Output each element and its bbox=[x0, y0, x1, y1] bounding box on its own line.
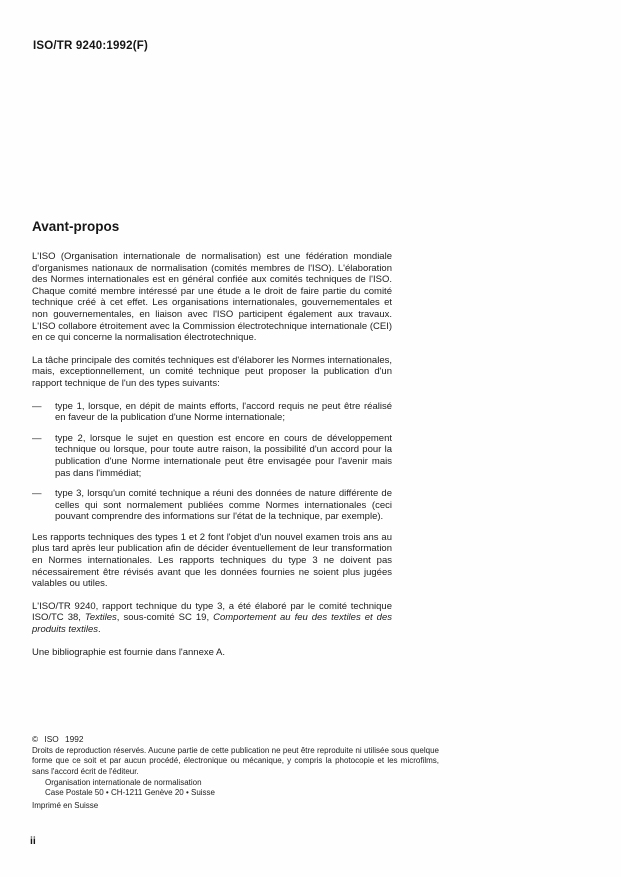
attribution-text-middle: , sous-comité SC 19, bbox=[117, 612, 213, 623]
paragraph-technical-committees: La tâche principale des comités techniqu… bbox=[32, 355, 392, 390]
dash-marker: — bbox=[32, 433, 42, 445]
document-reference: ISO/TR 9240:1992(F) bbox=[33, 40, 148, 52]
document-page: ISO/TR 9240:1992(F) Avant-propos L'ISO (… bbox=[0, 0, 621, 877]
dash-marker: — bbox=[32, 401, 42, 413]
attribution-text-end: . bbox=[98, 624, 101, 635]
paragraph-iso-introduction: L'ISO (Organisation internationale de no… bbox=[32, 251, 392, 344]
list-item-text: type 1, lorsque, en dépit de maints effo… bbox=[55, 401, 392, 424]
list-item-text: type 3, lorsqu'un comité technique a réu… bbox=[55, 488, 392, 522]
list-item-text: type 2, lorsque le sujet en question est… bbox=[55, 433, 392, 479]
paragraph-review-policy: Les rapports techniques des types 1 et 2… bbox=[32, 532, 392, 590]
publisher-address: Organisation internationale de normalisa… bbox=[45, 778, 439, 798]
publisher-name: Organisation internationale de normalisa… bbox=[45, 778, 439, 788]
list-item-type-3: — type 3, lorsqu'un comité technique a r… bbox=[32, 488, 392, 523]
list-item-type-1: — type 1, lorsque, en dépit de maints ef… bbox=[32, 401, 392, 424]
foreword-section: Avant-propos L'ISO (Organisation interna… bbox=[32, 219, 392, 669]
dash-marker: — bbox=[32, 488, 42, 500]
paragraph-bibliography-note: Une bibliographie est fournie dans l'ann… bbox=[32, 647, 392, 659]
list-item-type-2: — type 2, lorsque le sujet en question e… bbox=[32, 433, 392, 479]
imprint-block: © ISO 1992 Droits de reproduction réserv… bbox=[32, 734, 439, 811]
committee-title-italic: Textiles bbox=[85, 612, 117, 623]
section-title: Avant-propos bbox=[32, 219, 392, 234]
publisher-postal: Case Postale 50 • CH-1211 Genève 20 • Su… bbox=[45, 788, 439, 798]
copyright-notice: © ISO 1992 bbox=[32, 734, 439, 744]
printed-in-notice: Imprimé en Suisse bbox=[32, 801, 439, 811]
page-number: ii bbox=[30, 835, 36, 847]
rights-statement: Droits de reproduction réservés. Aucune … bbox=[32, 746, 439, 777]
paragraph-committee-attribution: L'ISO/TR 9240, rapport technique du type… bbox=[32, 601, 392, 636]
